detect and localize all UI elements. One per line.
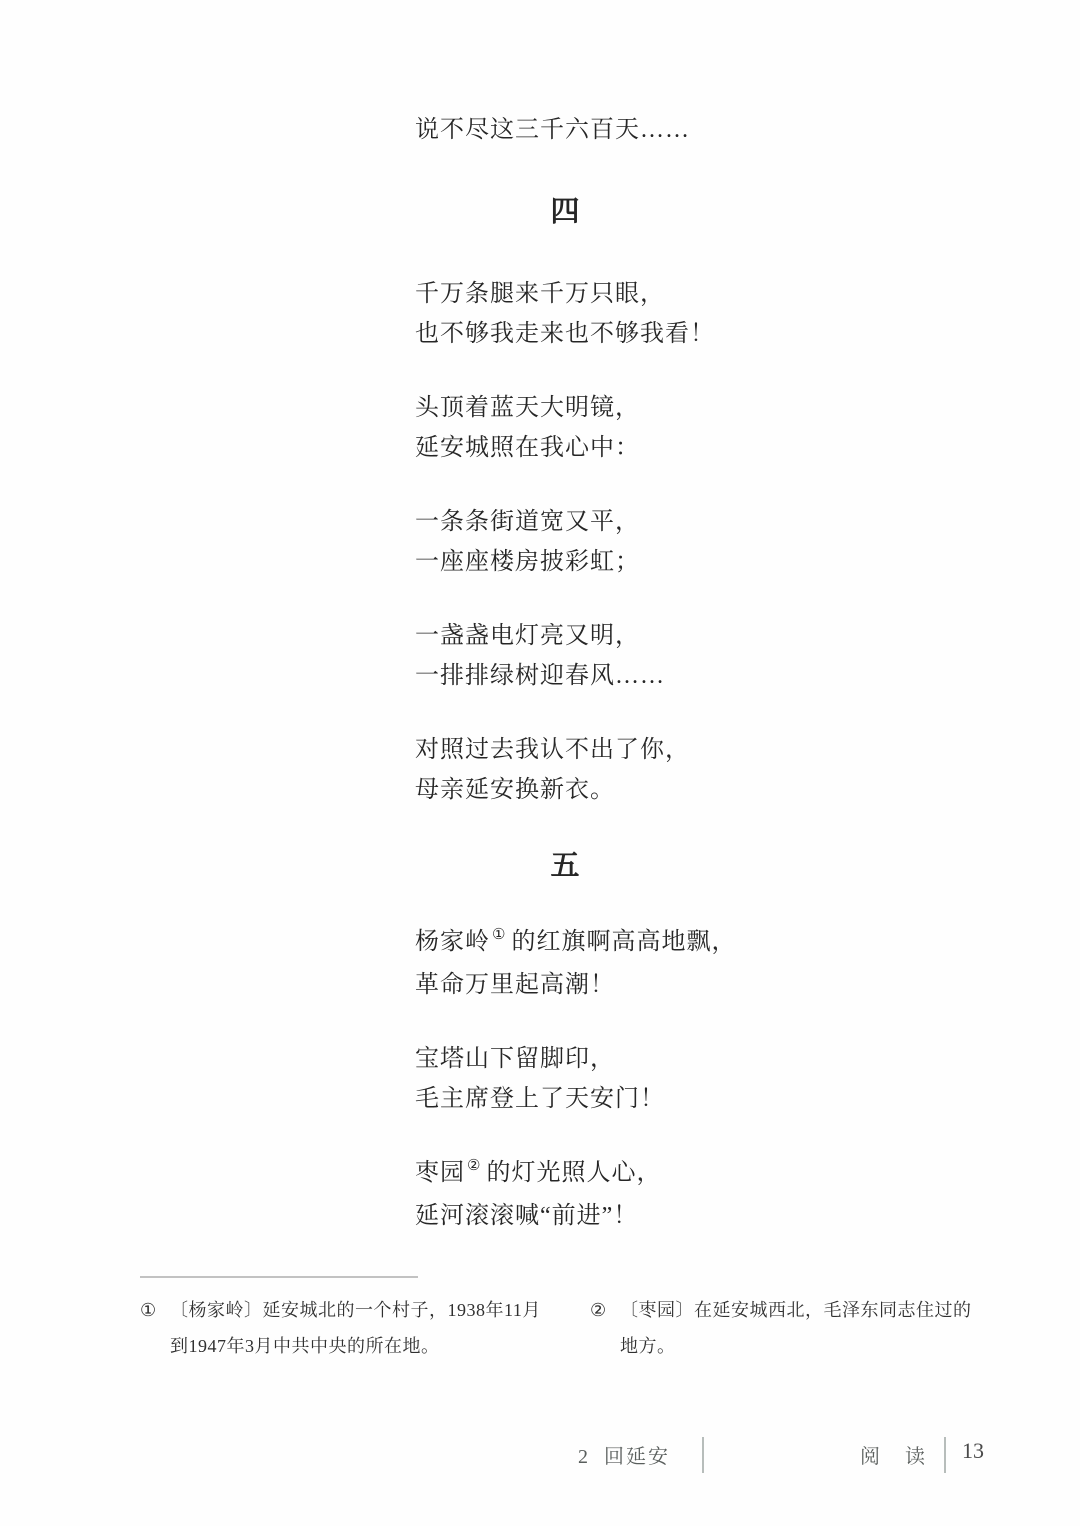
textbook-page: 说不尽这三千六百天…… 四 千万条腿来千万只眼， 也不够我走来也不够我看！ 头顶… (0, 0, 1080, 1526)
verse-line: 革命万里起高潮！ (415, 965, 715, 1005)
verse-line: 母亲延安换新衣。 (415, 770, 715, 810)
verse-line: 延安城照在我心中： (415, 428, 715, 468)
page-number: 13 (962, 1438, 984, 1464)
verse-line: 一盏盏电灯亮又明， (415, 616, 715, 656)
stanza: 宝塔山下留脚印， 毛主席登上了天安门！ (415, 1039, 715, 1119)
footnote-line: 〔杨家岭〕延安城北的一个村子，1938年11月 (170, 1292, 541, 1328)
footnote-line: 到1947年3月中共中央的所在地。 (170, 1328, 541, 1364)
stanza: 对照过去我认不出了你， 母亲延安换新衣。 (415, 730, 715, 810)
stanza: 一条条街道宽又平， 一座座楼房披彩虹； (415, 502, 715, 582)
lesson-title: 回延安 (604, 1446, 670, 1468)
stanza: 枣园②的灯光照人心， 延河滚滚喊“前进”！ (415, 1153, 715, 1236)
section-heading-four: 四 (415, 190, 715, 234)
verse-line: 对照过去我认不出了你， (415, 730, 715, 770)
verse-line: 杨家岭①的红旗啊高高地飘， (415, 922, 715, 965)
footnote-line: 地方。 (620, 1328, 972, 1364)
verse-line: 宝塔山下留脚印， (415, 1039, 715, 1079)
stanza: 一盏盏电灯亮又明， 一排排绿树迎春风…… (415, 616, 715, 696)
verse-line: 延河滚滚喊“前进”！ (415, 1196, 715, 1236)
footnote-marker: ① (140, 1292, 170, 1364)
footnote-divider (140, 1276, 418, 1278)
verse-line: 头顶着蓝天大明镜， (415, 388, 715, 428)
footer-lesson: 2回延安 (578, 1440, 670, 1469)
footer-divider (944, 1437, 946, 1473)
verse-text: 的红旗啊高高地飘， (511, 929, 736, 955)
footnote-1: ① 〔杨家岭〕延安城北的一个村子，1938年11月 到1947年3月中共中央的所… (140, 1292, 568, 1364)
verse-line: 也不够我走来也不够我看！ (415, 314, 715, 354)
verse-text: 的灯光照人心， (486, 1160, 661, 1186)
verse-text: 杨家岭 (415, 929, 490, 955)
stanza: 头顶着蓝天大明镜， 延安城照在我心中： (415, 388, 715, 468)
footnote-ref-1: ① (492, 927, 505, 943)
verse-line: 千万条腿来千万只眼， (415, 274, 715, 314)
verse-line: 一座座楼房披彩虹； (415, 542, 715, 582)
verse-text: 枣园 (415, 1160, 465, 1186)
verse-line: 枣园②的灯光照人心， (415, 1153, 715, 1196)
verse-line-continuation: 说不尽这三千六百天…… (415, 110, 715, 150)
footer-section-label: 阅 读 (860, 1440, 935, 1469)
verse-line: 毛主席登上了天安门！ (415, 1079, 715, 1119)
stanza: 千万条腿来千万只眼， 也不够我走来也不够我看！ (415, 274, 715, 354)
stanza: 杨家岭①的红旗啊高高地飘， 革命万里起高潮！ (415, 922, 715, 1005)
poem-body: 说不尽这三千六百天…… 四 千万条腿来千万只眼， 也不够我走来也不够我看！ 头顶… (415, 110, 715, 1270)
footnote-2: ② 〔枣园〕在延安城西北，毛泽东同志住过的 地方。 (590, 1292, 1018, 1364)
footnote-text: 〔杨家岭〕延安城北的一个村子，1938年11月 到1947年3月中共中央的所在地… (170, 1292, 541, 1364)
footer-divider (702, 1437, 704, 1473)
lesson-number: 2 (578, 1446, 588, 1468)
footnote-marker: ② (590, 1292, 620, 1364)
footnote-text: 〔枣园〕在延安城西北，毛泽东同志住过的 地方。 (620, 1292, 972, 1364)
verse-line: 一排排绿树迎春风…… (415, 656, 715, 696)
footnotes-area: ① 〔杨家岭〕延安城北的一个村子，1938年11月 到1947年3月中共中央的所… (140, 1292, 1012, 1364)
verse-line: 一条条街道宽又平， (415, 502, 715, 542)
footnote-line: 〔枣园〕在延安城西北，毛泽东同志住过的 (620, 1292, 972, 1328)
section-heading-five: 五 (415, 844, 715, 888)
footnote-ref-2: ② (467, 1158, 480, 1174)
